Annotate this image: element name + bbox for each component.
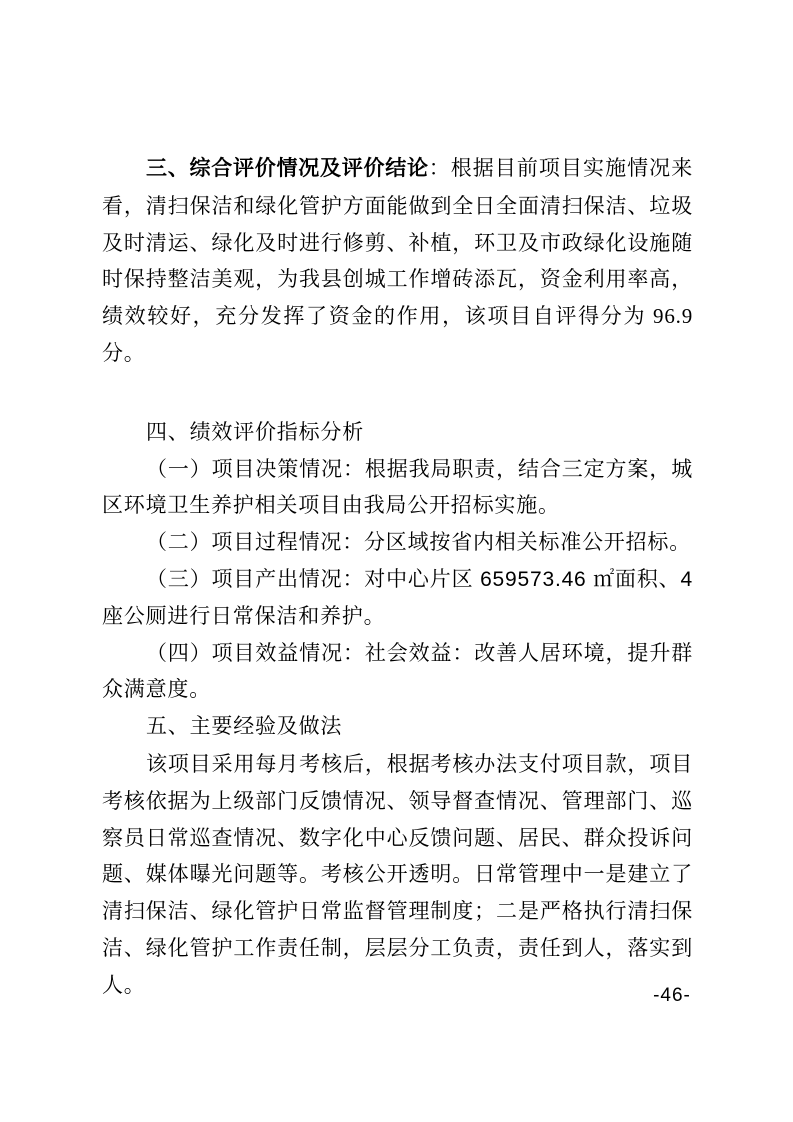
document-page: 三、综合评价情况及评价结论：根据目前项目实施情况来看，清扫保洁和绿化管护方面能做… (0, 0, 793, 1122)
section-overall-evaluation-body: ：根据目前项目实施情况来看，清扫保洁和绿化管护方面能做到全日全面清扫保洁、垃圾及… (102, 156, 693, 365)
document-content: 三、综合评价情况及评价结论：根据目前项目实施情况来看，清扫保洁和绿化管护方面能做… (102, 150, 693, 1004)
section-overall-evaluation-paragraph: 三、综合评价情况及评价结论：根据目前项目实施情况来看，清扫保洁和绿化管护方面能做… (102, 150, 693, 372)
section-experience-body: 该项目采用每月考核后，根据考核办法支付项目款，项目考核依据为上级部门反馈情况、领… (102, 746, 693, 1004)
indicator-item-project-decision: （一）项目决策情况：根据我局职责，结合三定方案，城区环境卫生养护相关项目由我局公… (102, 452, 693, 526)
paragraph-spacer (102, 372, 693, 415)
indicator-item-project-process: （二）项目过程情况：分区域按省内相关标准公开招标。 (102, 525, 693, 562)
indicator-item-project-output: （三）项目产出情况：对中心片区 659573.46 ㎡面积、4 座公厕进行日常保… (102, 562, 693, 636)
indicator-item-project-benefit: （四）项目效益情况：社会效益：改善人居环境，提升群众满意度。 (102, 636, 693, 710)
page-number: -46- (607, 985, 737, 1007)
section-overall-evaluation-heading: 三、综合评价情况及评价结论 (146, 157, 429, 180)
section-experience-heading: 五、主要经验及做法 (102, 709, 693, 746)
section-indicator-analysis-heading: 四、绩效评价指标分析 (102, 415, 693, 452)
